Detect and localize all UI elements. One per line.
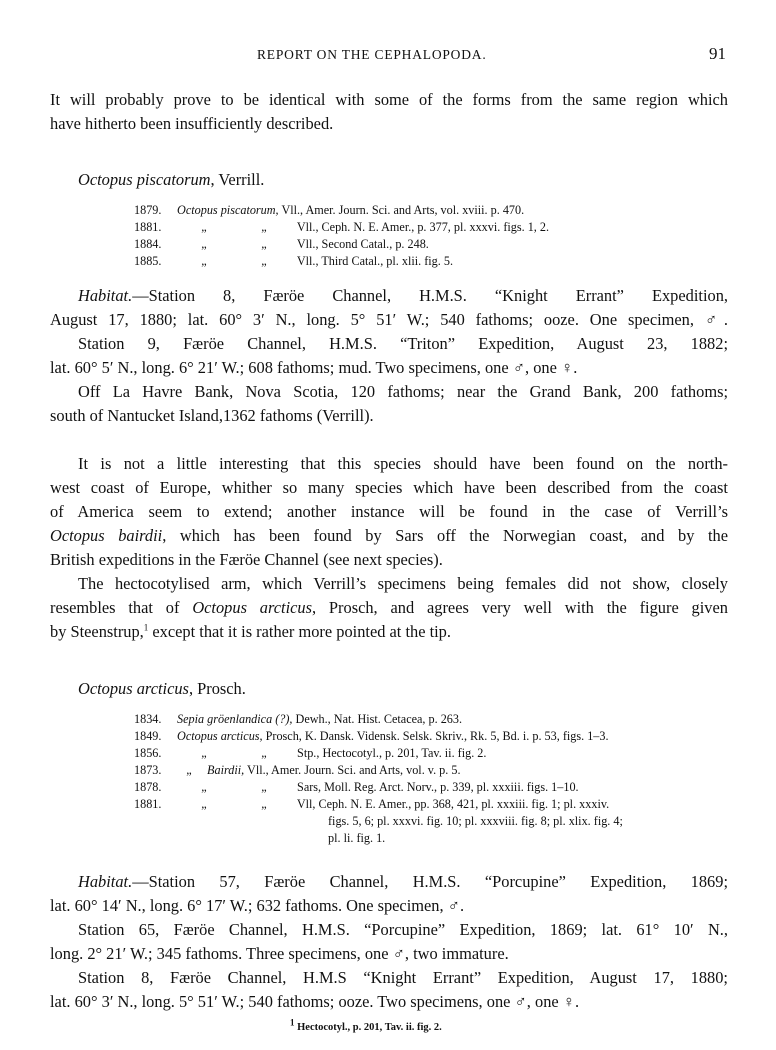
synonymy-entry-continuation: pl. li. fig. 1.: [328, 830, 385, 846]
habitat-line: lat. 60° 3′ N., long. 5° 51′ W.; 540 fat…: [50, 990, 579, 1014]
habitat-line: lat. 60° 5′ N., long. 6° 21′ W.; 608 fat…: [50, 356, 577, 380]
footnote: 1 Hectocotyl., p. 201, Tav. ii. fig. 2.: [290, 1022, 442, 1033]
synonymy-entry: 1856.„„ Stp., Hectocotyl., p. 201, Tav. …: [134, 745, 486, 761]
discussion-line: west coast of Europe, whither so many sp…: [50, 476, 728, 500]
synonymy-entry: 1878.„„ Sars, Moll. Reg. Arct. Norv., p.…: [134, 779, 579, 795]
discussion-line: The hectocotylised arm, which Verrill’s …: [78, 572, 728, 596]
habitat-line: lat. 60° 14′ N., long. 6° 17′ W.; 632 fa…: [50, 894, 464, 918]
species-heading-piscatorum: Octopus piscatorum, Verrill.: [78, 170, 264, 190]
habitat-line: Habitat.—Station 8, Færöe Channel, H.M.S…: [78, 284, 728, 308]
synonymy-entry: 1881.„„ Vll., Ceph. N. E. Amer., p. 377,…: [134, 219, 549, 235]
habitat-line: Station 8, Færöe Channel, H.M.S “Knight …: [78, 966, 728, 990]
habitat-line: Habitat.—Station 57, Færöe Channel, H.M.…: [78, 870, 728, 894]
synonymy-entry: 1849. Octopus arcticus, Prosch, K. Dansk…: [134, 728, 609, 744]
species-name: Octopus piscatorum: [78, 170, 211, 189]
synonymy-entry: 1885.„„ Vll., Third Catal., pl. xlii. fi…: [134, 253, 453, 269]
running-title: REPORT ON THE CEPHALOPODA.: [257, 47, 487, 63]
discussion-line: of America seem to extend; another insta…: [50, 500, 728, 524]
discussion-line: resembles that of Octopus arcticus, Pros…: [50, 596, 728, 620]
species-author: , Prosch.: [189, 679, 246, 698]
species-name: Octopus arcticus: [78, 679, 189, 698]
habitat-line: Station 65, Færöe Channel, H.M.S. “Porcu…: [78, 918, 728, 942]
habitat-line: Off La Havre Bank, Nova Scotia, 120 fath…: [78, 380, 728, 404]
synonymy-entry: 1834. Sepia gröenlandica (?), Dewh., Nat…: [134, 711, 462, 727]
discussion-line: It is not a little interesting that this…: [78, 452, 728, 476]
page-number: 91: [709, 44, 726, 64]
habitat-line: south of Nantucket Island,1362 fathoms (…: [50, 404, 374, 428]
habitat-line: long. 2° 21′ W.; 345 fathoms. Three spec…: [50, 942, 509, 966]
synonymy-entry: 1879. Octopus piscatorum, Vll., Amer. Jo…: [134, 202, 524, 218]
discussion-line: Octopus bairdii, which has been found by…: [50, 524, 728, 548]
habitat-line: August 17, 1880; lat. 60° 3′ N., long. 5…: [50, 308, 728, 332]
species-author: , Verrill.: [211, 170, 265, 189]
species-heading-arcticus: Octopus arcticus, Prosch.: [78, 679, 246, 699]
synonymy-entry: 1881.„„ Vll, Ceph. N. E. Amer., pp. 368,…: [134, 796, 609, 812]
synonymy-entry: 1873.„ Bairdii, Vll., Amer. Journ. Sci. …: [134, 762, 461, 778]
footnote-text: Hectocotyl., p. 201, Tav. ii. fig. 2.: [295, 1022, 442, 1033]
discussion-line: by Steenstrup,1 except that it is rather…: [50, 620, 451, 644]
intro-line-1: It will probably prove to be identical w…: [50, 88, 728, 112]
intro-line-2: have hitherto been insufficiently descri…: [50, 112, 333, 136]
habitat-line: Station 9, Færöe Channel, H.M.S. “Triton…: [78, 332, 728, 356]
discussion-line: British expeditions in the Færöe Channel…: [50, 548, 443, 572]
synonymy-entry: 1884.„„ Vll., Second Catal., p. 248.: [134, 236, 429, 252]
synonymy-entry-continuation: figs. 5, 6; pl. xxxvi. fig. 10; pl. xxxv…: [328, 813, 623, 829]
